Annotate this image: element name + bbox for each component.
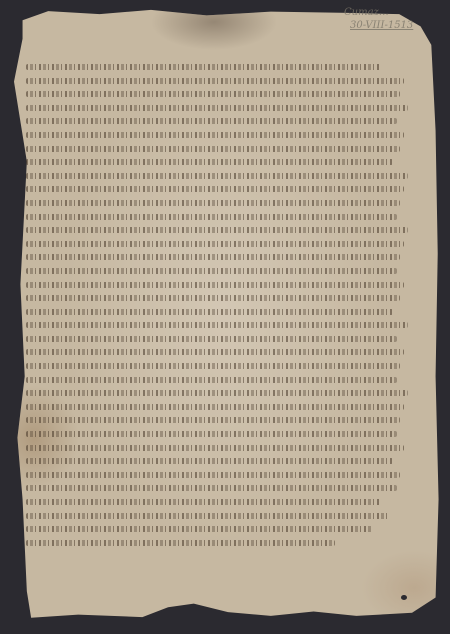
handwritten-line: [illegible line 21]: [26, 332, 397, 346]
handwritten-line: [illegible line 9]: [26, 169, 408, 183]
handwritten-line: [illegible line 29]: [26, 441, 404, 455]
handwritten-line: [illegible line 3]: [26, 87, 400, 101]
line-text: [illegible line 32]: [26, 481, 397, 491]
archival-annotation: Cumaz… 30-VIII-1513: [344, 6, 424, 32]
line-text: [illegible line 6]: [26, 128, 404, 138]
line-text: [illegible line 4]: [26, 101, 408, 111]
handwritten-line: [illegible line 17]: [26, 278, 404, 292]
line-text: [illegible line 13]: [26, 223, 408, 233]
annotation-line-1: Cumaz…: [344, 6, 424, 19]
handwritten-line: [illegible line 8]: [26, 155, 393, 169]
line-text: [illegible line 21]: [26, 332, 397, 342]
handwritten-line: [illegible line 31]: [26, 468, 400, 482]
handwritten-line: [illegible line 30]: [26, 454, 393, 468]
line-text: [illegible line 11]: [26, 196, 400, 206]
handwritten-line: [illegible line 19]: [26, 305, 393, 319]
line-text: [illegible line 28]: [26, 427, 397, 437]
handwritten-line: [illegible line 18]: [26, 291, 400, 305]
paper-hole: [401, 595, 407, 600]
handwritten-line: [illegible line 35]: [26, 522, 373, 536]
handwritten-line: [illegible line 14]: [26, 237, 404, 251]
handwritten-line: [illegible line 11]: [26, 196, 400, 210]
line-text: [illegible line 12]: [26, 210, 397, 220]
line-text: [illegible line 35]: [26, 522, 373, 532]
handwritten-line: [illegible line 33]: [26, 495, 381, 509]
handwritten-line: [illegible line 26]: [26, 400, 404, 414]
line-text: [illegible line 5]: [26, 114, 397, 124]
line-text: [illegible line 18]: [26, 291, 400, 301]
handwritten-line: [illegible line 36]: [26, 536, 335, 550]
line-text: [illegible line 14]: [26, 237, 404, 247]
handwritten-line: [illegible line 2]: [26, 74, 404, 88]
line-text: [illegible line 24]: [26, 373, 397, 383]
handwritten-line: [illegible line 28]: [26, 427, 397, 441]
handwritten-line: [illegible line 16]: [26, 264, 397, 278]
handwritten-line: [illegible line 6]: [26, 128, 404, 142]
line-text: [illegible line 16]: [26, 264, 397, 274]
line-text: [illegible line 2]: [26, 74, 404, 84]
line-text: [illegible line 34]: [26, 509, 389, 519]
line-text: [illegible line 19]: [26, 305, 393, 315]
line-text: [illegible line 33]: [26, 495, 381, 505]
line-text: [illegible line 29]: [26, 441, 404, 451]
handwritten-line: [illegible line 27]: [26, 413, 400, 427]
line-text: [illegible line 20]: [26, 318, 408, 328]
line-text: [illegible line 23]: [26, 359, 400, 369]
handwritten-line: [illegible line 13]: [26, 223, 408, 237]
line-text: [illegible line 36]: [26, 536, 335, 546]
line-text: [illegible line 31]: [26, 468, 400, 478]
handwritten-line: [illegible line 25]: [26, 386, 408, 400]
handwritten-line: [illegible line 32]: [26, 481, 397, 495]
line-text: [illegible line 22]: [26, 345, 404, 355]
handwritten-line: [illegible line 4]: [26, 101, 408, 115]
handwritten-line: [illegible line 5]: [26, 114, 397, 128]
line-text: [illegible line 30]: [26, 454, 393, 464]
handwritten-line: [illegible line 10]: [26, 182, 404, 196]
line-text: [illegible line 8]: [26, 155, 393, 165]
handwritten-line: [illegible line 24]: [26, 373, 397, 387]
handwritten-line: [illegible line 23]: [26, 359, 400, 373]
line-text: [illegible line 27]: [26, 413, 400, 423]
line-text: [illegible line 7]: [26, 142, 400, 152]
line-text: [illegible line 26]: [26, 400, 404, 410]
line-text: [illegible line 17]: [26, 278, 404, 288]
handwritten-line: [illegible line 12]: [26, 210, 397, 224]
line-text: [illegible line 1]: [26, 60, 381, 70]
handwritten-line: [illegible line 1]: [26, 60, 381, 74]
manuscript-text: [illegible line 1][illegible line 2][ill…: [26, 60, 412, 549]
line-text: [illegible line 3]: [26, 87, 400, 97]
handwritten-line: [illegible line 22]: [26, 345, 404, 359]
line-text: [illegible line 9]: [26, 169, 408, 179]
line-text: [illegible line 10]: [26, 182, 404, 192]
annotation-date: 30-VIII-1513: [350, 19, 424, 32]
handwritten-line: [illegible line 20]: [26, 318, 408, 332]
line-text: [illegible line 15]: [26, 250, 400, 260]
handwritten-line: [illegible line 34]: [26, 509, 389, 523]
line-text: [illegible line 25]: [26, 386, 408, 396]
handwritten-line: [illegible line 15]: [26, 250, 400, 264]
handwritten-line: [illegible line 7]: [26, 142, 400, 156]
